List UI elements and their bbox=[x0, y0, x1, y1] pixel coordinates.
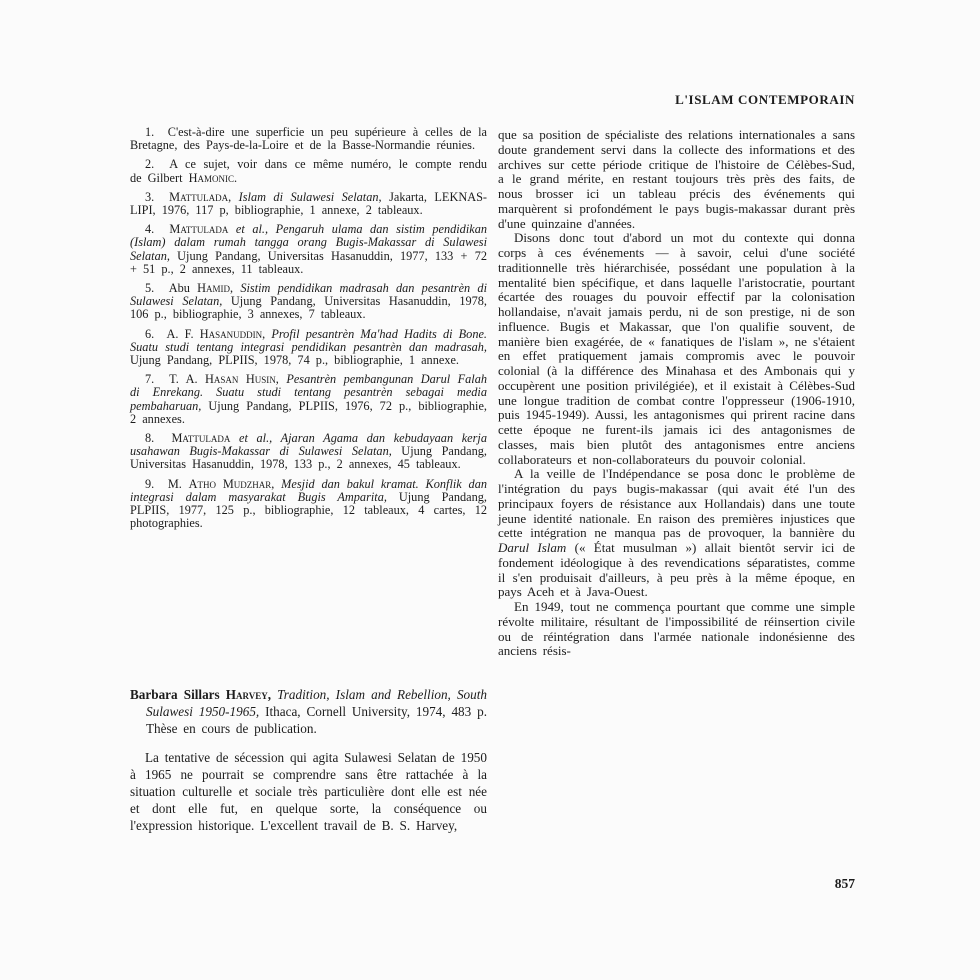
running-head: L'ISLAM CONTEMPORAIN bbox=[498, 92, 855, 108]
footnote-9: 9. M. Atho Mudzhar, Mesjid dan bakul kra… bbox=[130, 478, 487, 531]
footnote-6: 6. A. F. Hasanuddin, Profil pesantrèn Ma… bbox=[130, 328, 487, 368]
review-opening-paragraph: La tentative de sécession qui agita Sula… bbox=[130, 749, 487, 834]
footnote-1: 1. C'est-à-dire une superficie un peu su… bbox=[130, 126, 487, 152]
body-paragraph-3: A la veille de l'Indépendance se posa do… bbox=[498, 467, 855, 600]
page-number: 857 bbox=[498, 876, 855, 892]
footnote-3: 3. Mattulada, Islam di Sulawesi Selatan,… bbox=[130, 191, 487, 217]
body-paragraph-4: En 1949, tout ne commença pourtant que c… bbox=[498, 600, 855, 659]
book-review-section: Barbara Sillars Harvey, Tradition, Islam… bbox=[130, 686, 487, 834]
book-entry-citation: Barbara Sillars Harvey, Tradition, Islam… bbox=[130, 686, 487, 737]
footnote-8: 8. Mattulada et al., Ajaran Agama dan ke… bbox=[130, 432, 487, 472]
footnotes-block: 1. C'est-à-dire une superficie un peu su… bbox=[130, 126, 487, 536]
footnote-7: 7. T. A. Hasan Husin, Pesantrèn pembangu… bbox=[130, 373, 487, 426]
body-paragraph-2: Disons donc tout d'abord un mot du conte… bbox=[498, 231, 855, 467]
journal-page: L'ISLAM CONTEMPORAIN 1. C'est-à-dire une… bbox=[0, 0, 980, 980]
body-paragraph-1: que sa position de spécialiste des relat… bbox=[498, 128, 855, 231]
footnote-2: 2. A ce sujet, voir dans ce même numéro,… bbox=[130, 158, 487, 184]
footnote-4: 4. Mattulada et al., Pengaruh ulama dan … bbox=[130, 223, 487, 276]
footnote-5: 5. Abu Hamid, Sistim pendidikan madrasah… bbox=[130, 282, 487, 322]
right-column: que sa position de spécialiste des relat… bbox=[498, 128, 855, 659]
